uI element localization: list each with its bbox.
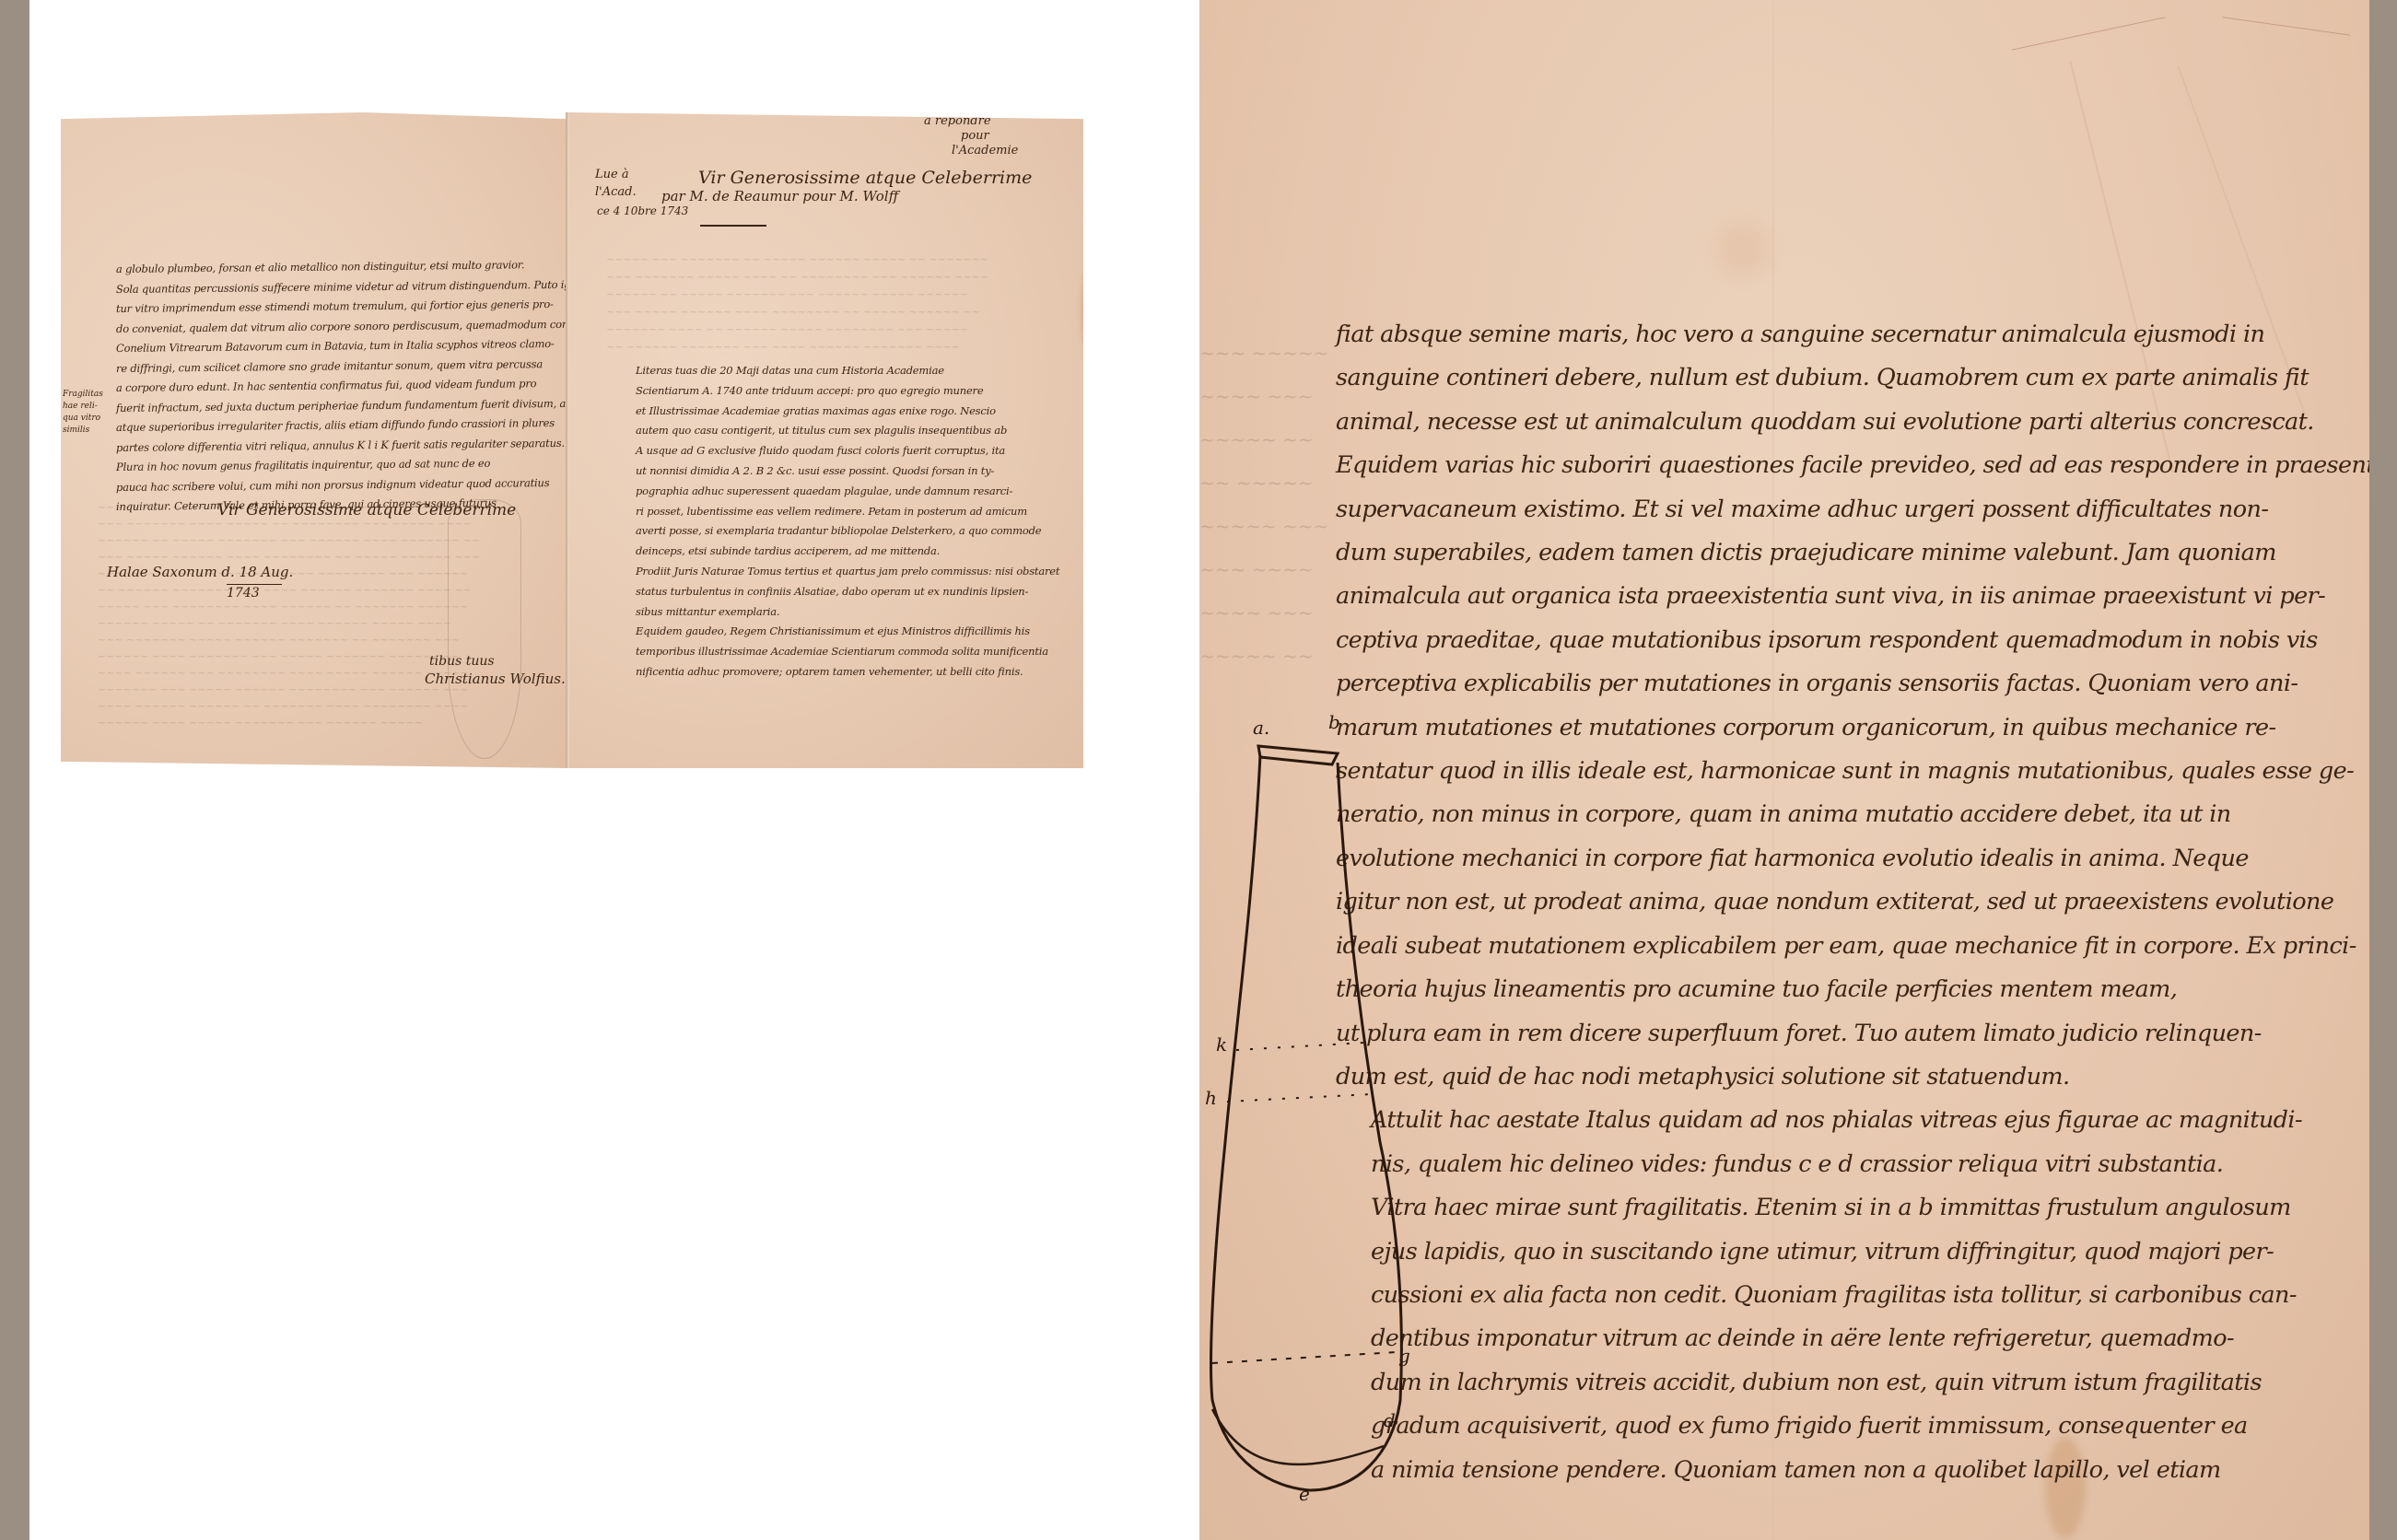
text-line: dum in lachrymis vitreis accidit, dubium… — [1336, 1361, 2368, 1405]
salutation: Vir Generosissime atque Celeberrime — [698, 168, 1032, 188]
text-line: status turbulentus in confiniis Alsatiae… — [636, 582, 1069, 602]
figure-label-a: a. — [1253, 717, 1269, 739]
text-line: igitur non est, ut prodeat anima, quae n… — [1336, 881, 2368, 924]
letter-right-leaf: ~~~~~ ~~~ ~~~~~~~ ~~ ~~~~~ ~~~~~~ ~~~~~ … — [569, 112, 1083, 768]
corner-note-line: a repondre — [924, 114, 1018, 129]
closing-salutation: Vir Generosissime atque Celeberrime — [217, 501, 516, 519]
text-line: Attulit hac aestate Italus quidam ad nos… — [1336, 1099, 2368, 1142]
text-line: temporibus illustrissimae Academiae Scie… — [636, 642, 1069, 662]
text-line: Vitra haec mirae sunt fragilitatis. Eten… — [1336, 1186, 2368, 1230]
text-line: deinceps, etsi subinde tardius acciperem… — [636, 542, 1069, 562]
text-line: Prodiit Juris Naturae Tomus tertius et q… — [636, 562, 1069, 582]
text-line: sanguine contineri debere, nullum est du… — [1336, 356, 2368, 400]
text-line: cussioni ex alia facta non cedit. Quonia… — [1336, 1274, 2368, 1317]
corner-note-line: pour — [924, 129, 1018, 144]
text-line: Equidem gaudeo, Regem Christianissimum e… — [636, 622, 1069, 642]
margin-note: Fragilitas hae reli- qua vitro similis — [63, 389, 103, 437]
paper-stain — [1715, 221, 1771, 276]
text-line: sentatur quod in illis ideale est, harmo… — [1336, 750, 2368, 793]
left-leaf-body: a globulo plumbeo, forsan et alio metall… — [116, 260, 558, 518]
phial-sketch — [1199, 718, 1421, 1529]
place-date: Halae Saxonum d. 18 Aug. — [107, 564, 293, 580]
text-line: autem quo casu contigerit, ut titulus cu… — [636, 421, 1069, 441]
text-line: animalcula aut organica ista praeexisten… — [1336, 575, 2368, 618]
year: 1743 — [227, 584, 282, 601]
text-line: gradum acquisiverit, quod ex fumo frigid… — [1336, 1405, 2368, 1448]
signature: Christianus Wolfius. — [425, 671, 566, 687]
text-line: evolutione mechanici in corpore fiat har… — [1336, 837, 2368, 881]
text-line: animal, necesse est ut animalculum quodd… — [1336, 401, 2368, 444]
paper-crease — [2223, 17, 2351, 35]
text-line: Equidem varias hic suboriri quaestiones … — [1336, 444, 2368, 487]
text-line: dum est, quid de hac nodi metaphysici so… — [1336, 1056, 2368, 1099]
text-line: ut plura eam in rem dicere superfluum fo… — [1336, 1012, 2368, 1056]
figure-label-e: e — [1299, 1483, 1310, 1505]
manuscript-body: fiat absque semine maris, hoc vero a san… — [1336, 313, 2368, 1492]
text-line: sibus mittantur exemplaria. — [636, 602, 1069, 623]
figure-label-d: d — [1384, 1409, 1396, 1431]
figure-label-b: b — [1328, 711, 1340, 733]
annotation-line: l'Acad. — [595, 183, 637, 201]
text-line: et Illustrissimae Academiae gratias maxi… — [636, 402, 1069, 422]
text-line: Scientiarum A. 1740 ante triduum accepi:… — [636, 381, 1069, 402]
date-underline — [700, 225, 766, 227]
text-line: marum mutationes et mutationes corporum … — [1336, 706, 2368, 750]
text-line: nificentia adhuc promovere; optarem tame… — [636, 662, 1069, 682]
text-line: neratio, non minus in corpore, quam in a… — [1336, 793, 2368, 836]
letter-left-leaf: ~~~~~ ~~~ ~~~~~~ ~~ ~~~~ ~~~~~~~ ~~~~~~ … — [61, 112, 566, 768]
figure-label-k: k — [1216, 1033, 1227, 1056]
bleed-through-flask-sketch — [448, 499, 521, 759]
text-line: fiat absque semine maris, hoc vero a san… — [1336, 313, 2368, 356]
text-line: supervacaneum existimo. Et si vel maxime… — [1336, 488, 2368, 531]
annotation-reaumur: par M. de Reaumur pour M. Wolff — [661, 188, 898, 204]
annotation-lue: Lue à l'Acad. — [595, 166, 637, 201]
figure-label-g: g — [1398, 1345, 1410, 1367]
manuscript-page-photo: ~~~ ~~~~~ ~~~~ ~~~ ~~~~~ ~~ ~~ ~~~~~ ~~~… — [1199, 0, 2369, 1540]
text-line: dum superabiles, eadem tamen dictis prae… — [1336, 531, 2368, 575]
text-line: perceptiva explicabilis per mutationes i… — [1336, 662, 2368, 706]
text-line: pographia adhuc superessent quaedam plag… — [636, 482, 1069, 502]
margin-note-line: hae reli- — [63, 401, 103, 413]
text-line: ri posset, lubentissime eas vellem redim… — [636, 502, 1069, 522]
text-line: ceptiva praeditae, quae mutationibus ips… — [1336, 619, 2368, 662]
margin-note-line: similis — [63, 425, 103, 437]
text-line: a nimia tensione pendere. Quoniam tamen … — [1336, 1449, 2368, 1492]
annotation-line: Lue à — [595, 166, 637, 183]
text-line: theoria hujus lineamentis pro acumine tu… — [1336, 968, 2368, 1011]
left-border — [0, 0, 29, 1540]
text-line: ideali subeat mutationem explicabilem pe… — [1336, 925, 2368, 968]
annotation-date: ce 4 10bre 1743 — [597, 204, 688, 217]
signature-line-1: tibus tuus — [429, 654, 495, 669]
text-line: A usque ad G exclusive fluido quodam fus… — [636, 441, 1069, 461]
bleed-through-text: ~~~~~ ~~~ ~~~~~~~ ~~ ~~~~~ ~~~~~~ ~~~~~ … — [606, 251, 1048, 356]
center-fold — [566, 112, 569, 768]
figure-label-h: h — [1205, 1087, 1217, 1109]
text-line: ejus lapidis, quo in suscitando igne uti… — [1336, 1231, 2368, 1274]
text-line: nis, qualem hic delineo vides: fundus c … — [1336, 1143, 2368, 1186]
text-line: ut nonnisi dimidia A 2. B 2 &c. usui ess… — [636, 461, 1069, 482]
paper-crease — [2012, 17, 2165, 50]
right-leaf-body: Literas tuas die 20 Maji datas una cum H… — [636, 361, 1069, 682]
text-line: Literas tuas die 20 Maji datas una cum H… — [636, 361, 1069, 381]
margin-note-line: qua vitro — [63, 413, 103, 425]
corner-annotation: a repondre pour l'Academie — [924, 114, 1018, 158]
text-line: averti posse, si exemplaria tradantur bi… — [636, 521, 1069, 542]
margin-note-line: Fragilitas — [63, 389, 103, 401]
text-line: dentibus imponatur vitrum ac deinde in a… — [1336, 1317, 2368, 1360]
letter-spread-photo: ~~~~~ ~~~ ~~~~~~ ~~ ~~~~ ~~~~~~~ ~~~~~~ … — [61, 112, 1083, 768]
corner-note-line: l'Academie — [924, 144, 1018, 158]
right-border — [2369, 0, 2397, 1540]
